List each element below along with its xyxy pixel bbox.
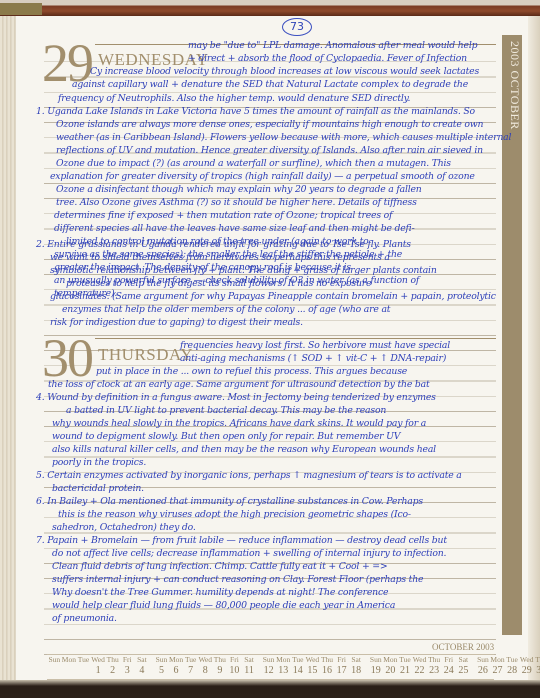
- month-footer: OCTOBER 2003: [432, 642, 494, 652]
- calendar-day: Mon27: [490, 655, 505, 679]
- day-name: THURSDAY: [98, 345, 193, 365]
- calendar-day: Tue14: [291, 655, 306, 679]
- calendar-day: Sat18: [349, 655, 364, 679]
- handwritten-line: risk for indigestion due to gaping) to d…: [50, 315, 303, 330]
- diary-cover-bottom: [0, 680, 540, 698]
- day-number: 30: [42, 333, 92, 383]
- handwritten-line: of pneumonia.: [52, 611, 117, 626]
- calendar-day: Wed15: [305, 655, 320, 679]
- calendar-day: Thu9: [213, 655, 228, 679]
- calendar-day: Sat4: [135, 655, 150, 679]
- calendar-day: Mon: [62, 655, 77, 679]
- calendar-day: Wed22: [412, 655, 427, 679]
- calendar-week: Sun5 Mon6 Tue7 Wed8 Thu9 Fri10 Sat11: [154, 655, 256, 679]
- calendar-day: Tue21: [398, 655, 413, 679]
- calendar-week: Sun Mon Tue Wed1 Thu2 Fri3 Sat4: [47, 655, 149, 679]
- calendar-day: Tue7: [183, 655, 198, 679]
- calendar-day: Sun12: [261, 655, 276, 679]
- page-edges: [0, 16, 16, 682]
- page-number: 73: [282, 18, 312, 36]
- calendar-day: Thu2: [105, 655, 120, 679]
- month-calendar-strip: Sun Mon Tue Wed1 Thu2 Fri3 Sat4 Sun5 Mon…: [47, 654, 494, 680]
- calendar-day: Thu30: [534, 655, 540, 679]
- handwritten-line: against capillary wall + denature the SE…: [72, 77, 468, 92]
- calendar-day: Fri10: [227, 655, 242, 679]
- calendar-day: Tue28: [505, 655, 520, 679]
- diary-cover-top: [0, 0, 540, 16]
- calendar-day: Sat11: [242, 655, 257, 679]
- calendar-day: Wed8: [198, 655, 213, 679]
- calendar-day: Sun26: [476, 655, 491, 679]
- calendar-day: Wed29: [519, 655, 534, 679]
- calendar-day: Tue: [76, 655, 91, 679]
- calendar-week: Sun19 Mon20 Tue21 Wed22 Thu23 Fri24 Sat2…: [368, 655, 470, 679]
- calendar-day: Fri24: [441, 655, 456, 679]
- calendar-day: Mon20: [383, 655, 398, 679]
- calendar-day: Fri3: [120, 655, 135, 679]
- calendar-day: Sun5: [154, 655, 169, 679]
- calendar-day: Sun: [47, 655, 62, 679]
- calendar-day: Fri17: [334, 655, 349, 679]
- calendar-week: Sun12 Mon13 Tue14 Wed15 Thu16 Fri17 Sat1…: [261, 655, 363, 679]
- calendar-day: Sat25: [456, 655, 471, 679]
- calendar-day: Mon6: [169, 655, 184, 679]
- calendar-day: Mon13: [276, 655, 291, 679]
- calendar-day: Thu16: [320, 655, 335, 679]
- page-right-edge: [528, 16, 540, 682]
- calendar-week: Sun26 Mon27 Tue28 Wed29 Thu30 Fri31 Sat: [476, 655, 540, 679]
- cover-clasp: [0, 3, 42, 15]
- calendar-day: Sun19: [368, 655, 383, 679]
- calendar-day: Wed1: [91, 655, 106, 679]
- calendar-day: Thu23: [427, 655, 442, 679]
